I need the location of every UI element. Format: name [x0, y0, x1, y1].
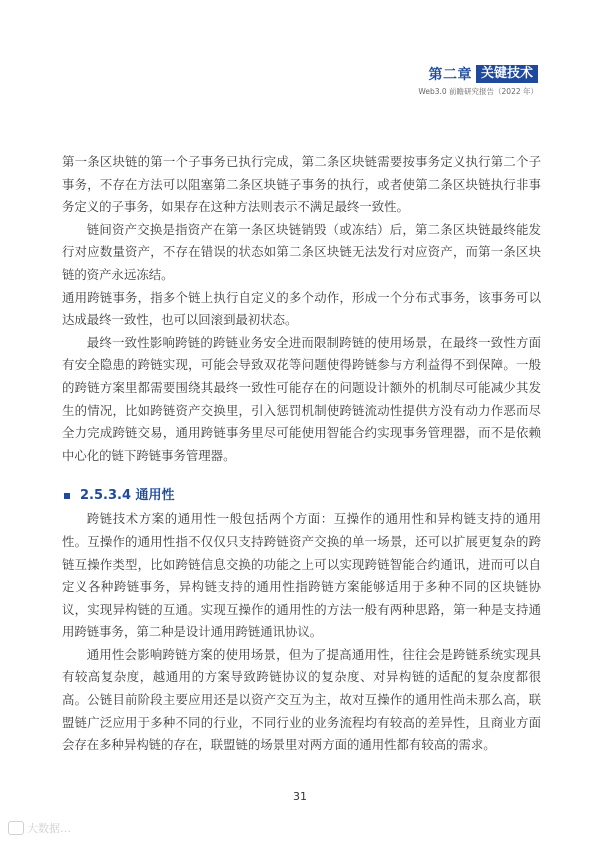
body-content: 第一条区块链的第一个子事务已执行完成，第二条区块链需要按事务定义执行第二个子事务… — [62, 151, 541, 757]
chapter-row: 第二章 关键技术 — [418, 64, 538, 84]
section-title: 通用性 — [136, 485, 175, 508]
paragraph: 最终一致性影响跨链的跨链业务安全进而限制跨链的使用场景，在最终一致性方面有安全隐… — [62, 332, 541, 468]
chapter-number: 第二章 — [428, 64, 472, 84]
page-number: 31 — [0, 790, 600, 803]
watermark: 大数据… — [8, 820, 71, 836]
report-name: Web3.0 前瞻研究报告（2022 年） — [418, 86, 538, 97]
paragraph: 第一条区块链的第一个子事务已执行完成，第二条区块链需要按事务定义执行第二个子事务… — [62, 151, 541, 219]
section-number: 2.5.3.4 — [80, 485, 131, 508]
watermark-text: 大数据… — [27, 820, 71, 836]
watermark-logo-icon — [8, 821, 24, 835]
section-heading: 2.5.3.4 通用性 — [62, 484, 541, 508]
paragraph: 跨链技术方案的通用性一般包括两个方面：互操作的通用性和异构链支持的通用性。互操作… — [62, 508, 541, 644]
page-header: 第二章 关键技术 Web3.0 前瞻研究报告（2022 年） — [418, 64, 538, 97]
paragraph: 通用跨链事务，指多个链上执行自定义的多个动作，形成一个分布式事务，该事务可以达成… — [62, 287, 541, 332]
square-bullet-icon — [64, 493, 70, 499]
chapter-title: 关键技术 — [476, 65, 538, 83]
paragraph: 通用性会影响跨链方案的使用场景，但为了提高通用性，往往会是跨链系统实现具有较高复… — [62, 644, 541, 757]
paragraph: 链间资产交换是指资产在第一条区块链销毁（或冻结）后，第二条区块链最终能发行对应数… — [62, 219, 541, 287]
